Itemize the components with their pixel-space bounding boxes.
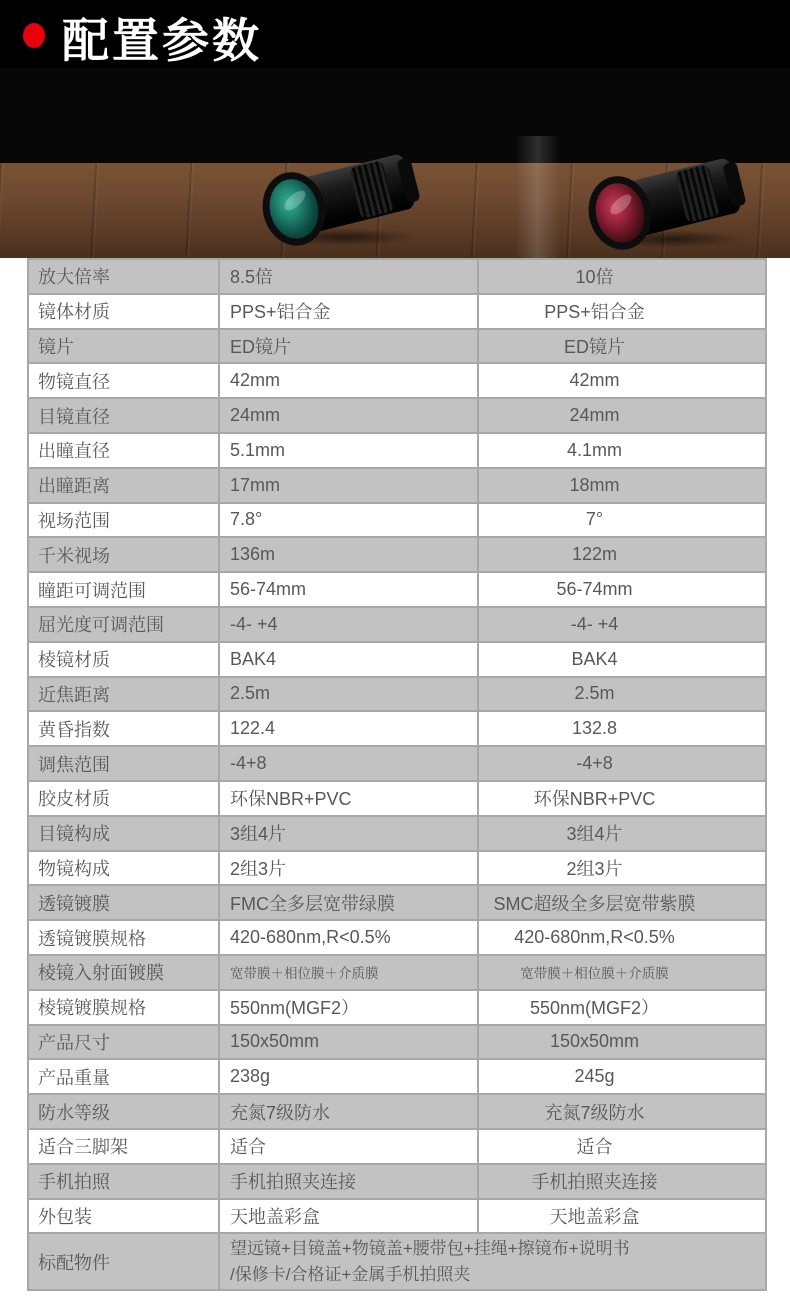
spec-label: 胶皮材质 [29,782,220,815]
spec-label: 外包装 [29,1200,220,1233]
spec-value-2: 2组3片 [479,852,765,885]
product-photo [0,68,790,258]
spec-value-1: ED镜片 [220,330,479,363]
spec-value-2: 7° [479,504,765,537]
spec-value-2: 适合 [479,1130,765,1163]
spec-label: 镜片 [29,330,220,363]
table-row: 适合三脚架适合适合 [29,1130,765,1165]
spec-value-1: 56-74mm [220,573,479,606]
spec-value-1: -4+8 [220,747,479,780]
spec-value-2: 4.1mm [479,434,765,467]
spec-value-2: 手机拍照夹连接 [479,1165,765,1198]
spec-value-1: 550nm(MGF2） [220,991,479,1024]
table-row: 透镜镀膜规格420-680nm,R<0.5%420-680nm,R<0.5% [29,921,765,956]
table-row: 外包装天地盖彩盒天地盖彩盒 [29,1200,765,1235]
spec-label: 棱镜材质 [29,643,220,676]
page-header: 配置参数 [0,0,790,68]
spec-value-2: 56-74mm [479,573,765,606]
spec-label: 千米视场 [29,538,220,571]
table-row: 防水等级充氮7级防水充氮7级防水 [29,1095,765,1130]
spec-value-1: 122.4 [220,712,479,745]
spec-value-2: 24mm [479,399,765,432]
spec-value-1: 2组3片 [220,852,479,885]
spec-label: 棱镜入射面镀膜 [29,956,220,989]
table-row: 目镜直径24mm24mm [29,399,765,434]
spec-value-2: 42mm [479,364,765,397]
spec-table: 放大倍率8.5倍10倍镜体材质PPS+铝合金PPS+铝合金镜片ED镜片ED镜片物… [27,258,767,1291]
light-seam [515,136,560,258]
spec-value-2: 3组4片 [479,817,765,850]
table-row: 调焦范围-4+8-4+8 [29,747,765,782]
knurled-grip [675,164,721,223]
bullet-dot-icon [23,23,45,48]
spec-value-2: 宽带膜＋相位膜＋介质膜 [479,956,765,989]
spec-label: 近焦距离 [29,678,220,711]
spec-label: 物镜构成 [29,852,220,885]
spec-label: 瞳距可调范围 [29,573,220,606]
spec-value-1: 3组4片 [220,817,479,850]
spec-label: 出瞳距离 [29,469,220,502]
spec-value-2: 122m [479,538,765,571]
spec-value-1: 238g [220,1060,479,1093]
spec-value-2: 环保NBR+PVC [479,782,765,815]
spec-value-1: 适合 [220,1130,479,1163]
spec-value-2: BAK4 [479,643,765,676]
spec-label: 屈光度可调范围 [29,608,220,641]
spec-label: 调焦范围 [29,747,220,780]
table-row: 产品尺寸150x50mm150x50mm [29,1026,765,1061]
spec-value-2: 150x50mm [479,1026,765,1059]
spec-label: 透镜镀膜规格 [29,921,220,954]
table-row: 手机拍照手机拍照夹连接手机拍照夹连接 [29,1165,765,1200]
table-row: 黄昏指数122.4132.8 [29,712,765,747]
spec-value-1: 8.5倍 [220,260,479,293]
spec-label: 防水等级 [29,1095,220,1128]
spec-value-2: 充氮7级防水 [479,1095,765,1128]
spec-value-1: 136m [220,538,479,571]
spec-label: 黄昏指数 [29,712,220,745]
spec-value-2: 10倍 [479,260,765,293]
lens-glint [281,187,308,213]
spec-value-2: ED镜片 [479,330,765,363]
spec-value-2: SMC超级全多层宽带紫膜 [479,886,765,919]
spec-value-1: 手机拍照夹连接 [220,1165,479,1198]
table-row: 目镜构成3组4片3组4片 [29,817,765,852]
spec-value-2: 132.8 [479,712,765,745]
spec-value-1: 24mm [220,399,479,432]
spec-value-2: 2.5m [479,678,765,711]
table-row: 镜片ED镜片ED镜片 [29,330,765,365]
spec-value-1: 42mm [220,364,479,397]
spec-value-line: 望远镜+目镜盖+物镜盖+腰带包+挂绳+擦镜布+说明书 [230,1236,765,1262]
spec-value-1: 420-680nm,R<0.5% [220,921,479,954]
spec-value-1: -4- +4 [220,608,479,641]
spec-label: 出瞳直径 [29,434,220,467]
table-row: 视场范围7.8°7° [29,504,765,539]
table-row: 镜体材质PPS+铝合金PPS+铝合金 [29,295,765,330]
table-row: 棱镜材质BAK4BAK4 [29,643,765,678]
spec-value-1: 宽带膜＋相位膜＋介质膜 [220,956,479,989]
table-row: 棱镜入射面镀膜宽带膜＋相位膜＋介质膜宽带膜＋相位膜＋介质膜 [29,956,765,991]
spec-label: 标配物件 [29,1234,220,1289]
spec-value-1: 充氮7级防水 [220,1095,479,1128]
spec-label: 物镜直径 [29,364,220,397]
table-row: 物镜直径42mm42mm [29,364,765,399]
spec-value-2: -4+8 [479,747,765,780]
spec-label: 放大倍率 [29,260,220,293]
spec-label: 手机拍照 [29,1165,220,1198]
spec-label: 视场范围 [29,504,220,537]
spec-value-1: 150x50mm [220,1026,479,1059]
spec-value-1: 2.5m [220,678,479,711]
spec-value-1: BAK4 [220,643,479,676]
spec-label: 镜体材质 [29,295,220,328]
spec-value-2: -4- +4 [479,608,765,641]
table-row: 产品重量238g245g [29,1060,765,1095]
spec-value-2: 18mm [479,469,765,502]
spec-value-1: PPS+铝合金 [220,295,479,328]
spec-value-2: 420-680nm,R<0.5% [479,921,765,954]
spec-value-1: 17mm [220,469,479,502]
spec-label: 产品重量 [29,1060,220,1093]
spec-value-1: 7.8° [220,504,479,537]
spec-label: 产品尺寸 [29,1026,220,1059]
spec-value-1: 天地盖彩盒 [220,1200,479,1233]
spec-label: 棱镜镀膜规格 [29,991,220,1024]
spec-value-1: 5.1mm [220,434,479,467]
table-row: 标配物件望远镜+目镜盖+物镜盖+腰带包+挂绳+擦镜布+说明书/保修卡/合格证+金… [29,1234,765,1291]
table-row: 近焦距离2.5m2.5m [29,678,765,713]
spec-value-merged: 望远镜+目镜盖+物镜盖+腰带包+挂绳+擦镜布+说明书/保修卡/合格证+金属手机拍… [220,1234,765,1289]
table-row: 放大倍率8.5倍10倍 [29,260,765,295]
spec-value-1: 环保NBR+PVC [220,782,479,815]
table-row: 出瞳距离17mm18mm [29,469,765,504]
spec-value-2: 天地盖彩盒 [479,1200,765,1233]
spec-value-line: /保修卡/合格证+金属手机拍照夹 [230,1262,765,1288]
table-row: 屈光度可调范围-4- +4-4- +4 [29,608,765,643]
table-row: 出瞳直径5.1mm4.1mm [29,434,765,469]
spec-value-2: 245g [479,1060,765,1093]
table-row: 透镜镀膜FMC全多层宽带绿膜SMC超级全多层宽带紫膜 [29,886,765,921]
page-title: 配置参数 [62,4,262,71]
spec-label: 适合三脚架 [29,1130,220,1163]
spec-value-1: FMC全多层宽带绿膜 [220,886,479,919]
spec-label: 透镜镀膜 [29,886,220,919]
table-row: 瞳距可调范围56-74mm56-74mm [29,573,765,608]
spec-label: 目镜直径 [29,399,220,432]
lens-glint [607,191,634,217]
spec-label: 目镜构成 [29,817,220,850]
spec-value-2: 550nm(MGF2） [479,991,765,1024]
spec-value-2: PPS+铝合金 [479,295,765,328]
table-row: 千米视场136m122m [29,538,765,573]
table-row: 棱镜镀膜规格550nm(MGF2）550nm(MGF2） [29,991,765,1026]
table-row: 物镜构成2组3片2组3片 [29,852,765,887]
knurled-grip [349,160,395,219]
table-row: 胶皮材质环保NBR+PVC环保NBR+PVC [29,782,765,817]
